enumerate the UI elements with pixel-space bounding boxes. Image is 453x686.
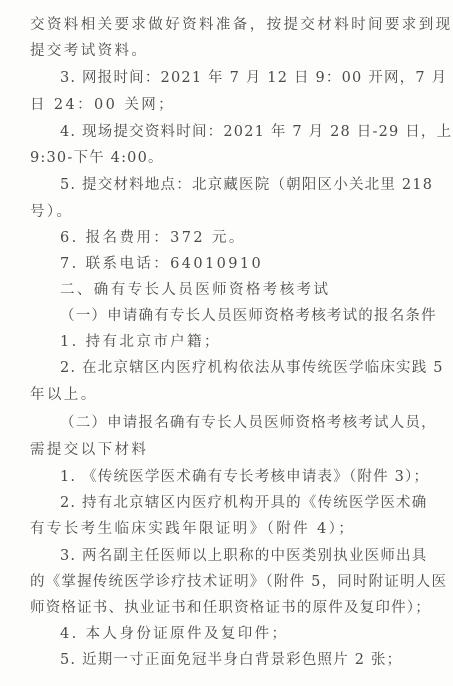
text-line: 7. 联系电话：64010910 (60, 254, 263, 274)
text-line: 1. 持有北京市户籍； (60, 332, 221, 352)
text-line: 5. 近期一寸正面免冠半身白背景彩色照片 2 张； (60, 650, 402, 670)
text-line: 2. 在北京辖区内医疗机构依法从事传统医学临床实践 5 (60, 358, 444, 378)
section-heading: 二、确有专长人员医师资格考核考试 (60, 280, 330, 300)
text-line: 需提交以下材料 (30, 440, 148, 460)
text-line: 3. 网报时间：2021 年 7 月 12 日 9：00 开网，7 月 18 (60, 68, 453, 88)
subsection-heading: （一）申请确有专长人员医师资格考核考试的报名条件 (60, 306, 437, 326)
subsection-heading: （二）申请报名确有专长人员医师资格考核考试人员， (60, 413, 437, 433)
text-line: 师资格证书、执业证书和任职资格证书的原件及复印件）； (30, 598, 431, 618)
text-line: 日 24：00 关网； (30, 95, 175, 115)
text-line: 有专长考生临床实践年限证明》（附件 4）； (30, 519, 355, 539)
text-line: 号）。 (30, 202, 73, 222)
text-line: 的《掌握传统医学诊疗技术证明》（附件 5，同时附证明人医 (30, 572, 447, 592)
text-line: 提交考试资料。 (30, 41, 148, 61)
text-line: 9:30-下午 4:00。 (30, 148, 164, 168)
text-line: 1. 《传统医学医术确有专长考核申请表》（附件 3）； (60, 467, 429, 487)
text-line: 5. 提交材料地点：北京藏医院（朝阳区小关北里 218 (60, 175, 433, 195)
document-page: 交资料相关要求做好资料准备，按提交材料时间要求到现场 提交考试资料。 3. 网报… (0, 0, 453, 686)
text-line: 年以上。 (30, 385, 98, 405)
text-line: 3. 两名副主任医师以上职称的中医类别执业医师出具 (60, 546, 427, 566)
text-line: 2. 持有北京辖区内医疗机构开具的《传统医学医术确 (60, 493, 427, 513)
text-line: 6. 报名费用：372 元。 (60, 228, 246, 248)
text-line: 4. 本人身份证原件及复印件； (60, 624, 288, 644)
text-line: 4. 现场提交资料时间：2021 年 7 月 28 日-29 日，上午 (60, 122, 453, 142)
text-line: 交资料相关要求做好资料准备，按提交材料时间要求到现场 (30, 15, 453, 35)
